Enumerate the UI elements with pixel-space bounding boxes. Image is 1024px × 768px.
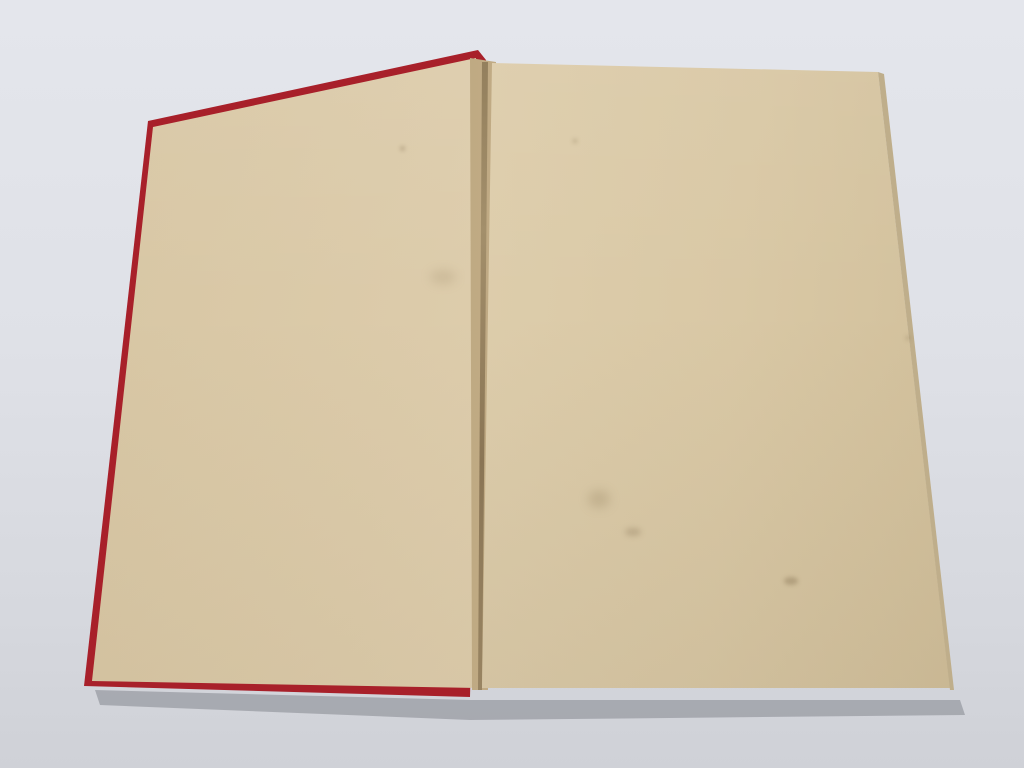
foxing-spot — [400, 146, 405, 151]
foxing-spot — [588, 490, 610, 508]
foxing-spot — [784, 577, 798, 585]
foxing-spot — [573, 139, 577, 143]
foxing-spot — [430, 270, 456, 284]
photo-scene — [0, 0, 1024, 768]
foxing-spot — [625, 528, 641, 536]
foxing-spot — [906, 336, 910, 340]
